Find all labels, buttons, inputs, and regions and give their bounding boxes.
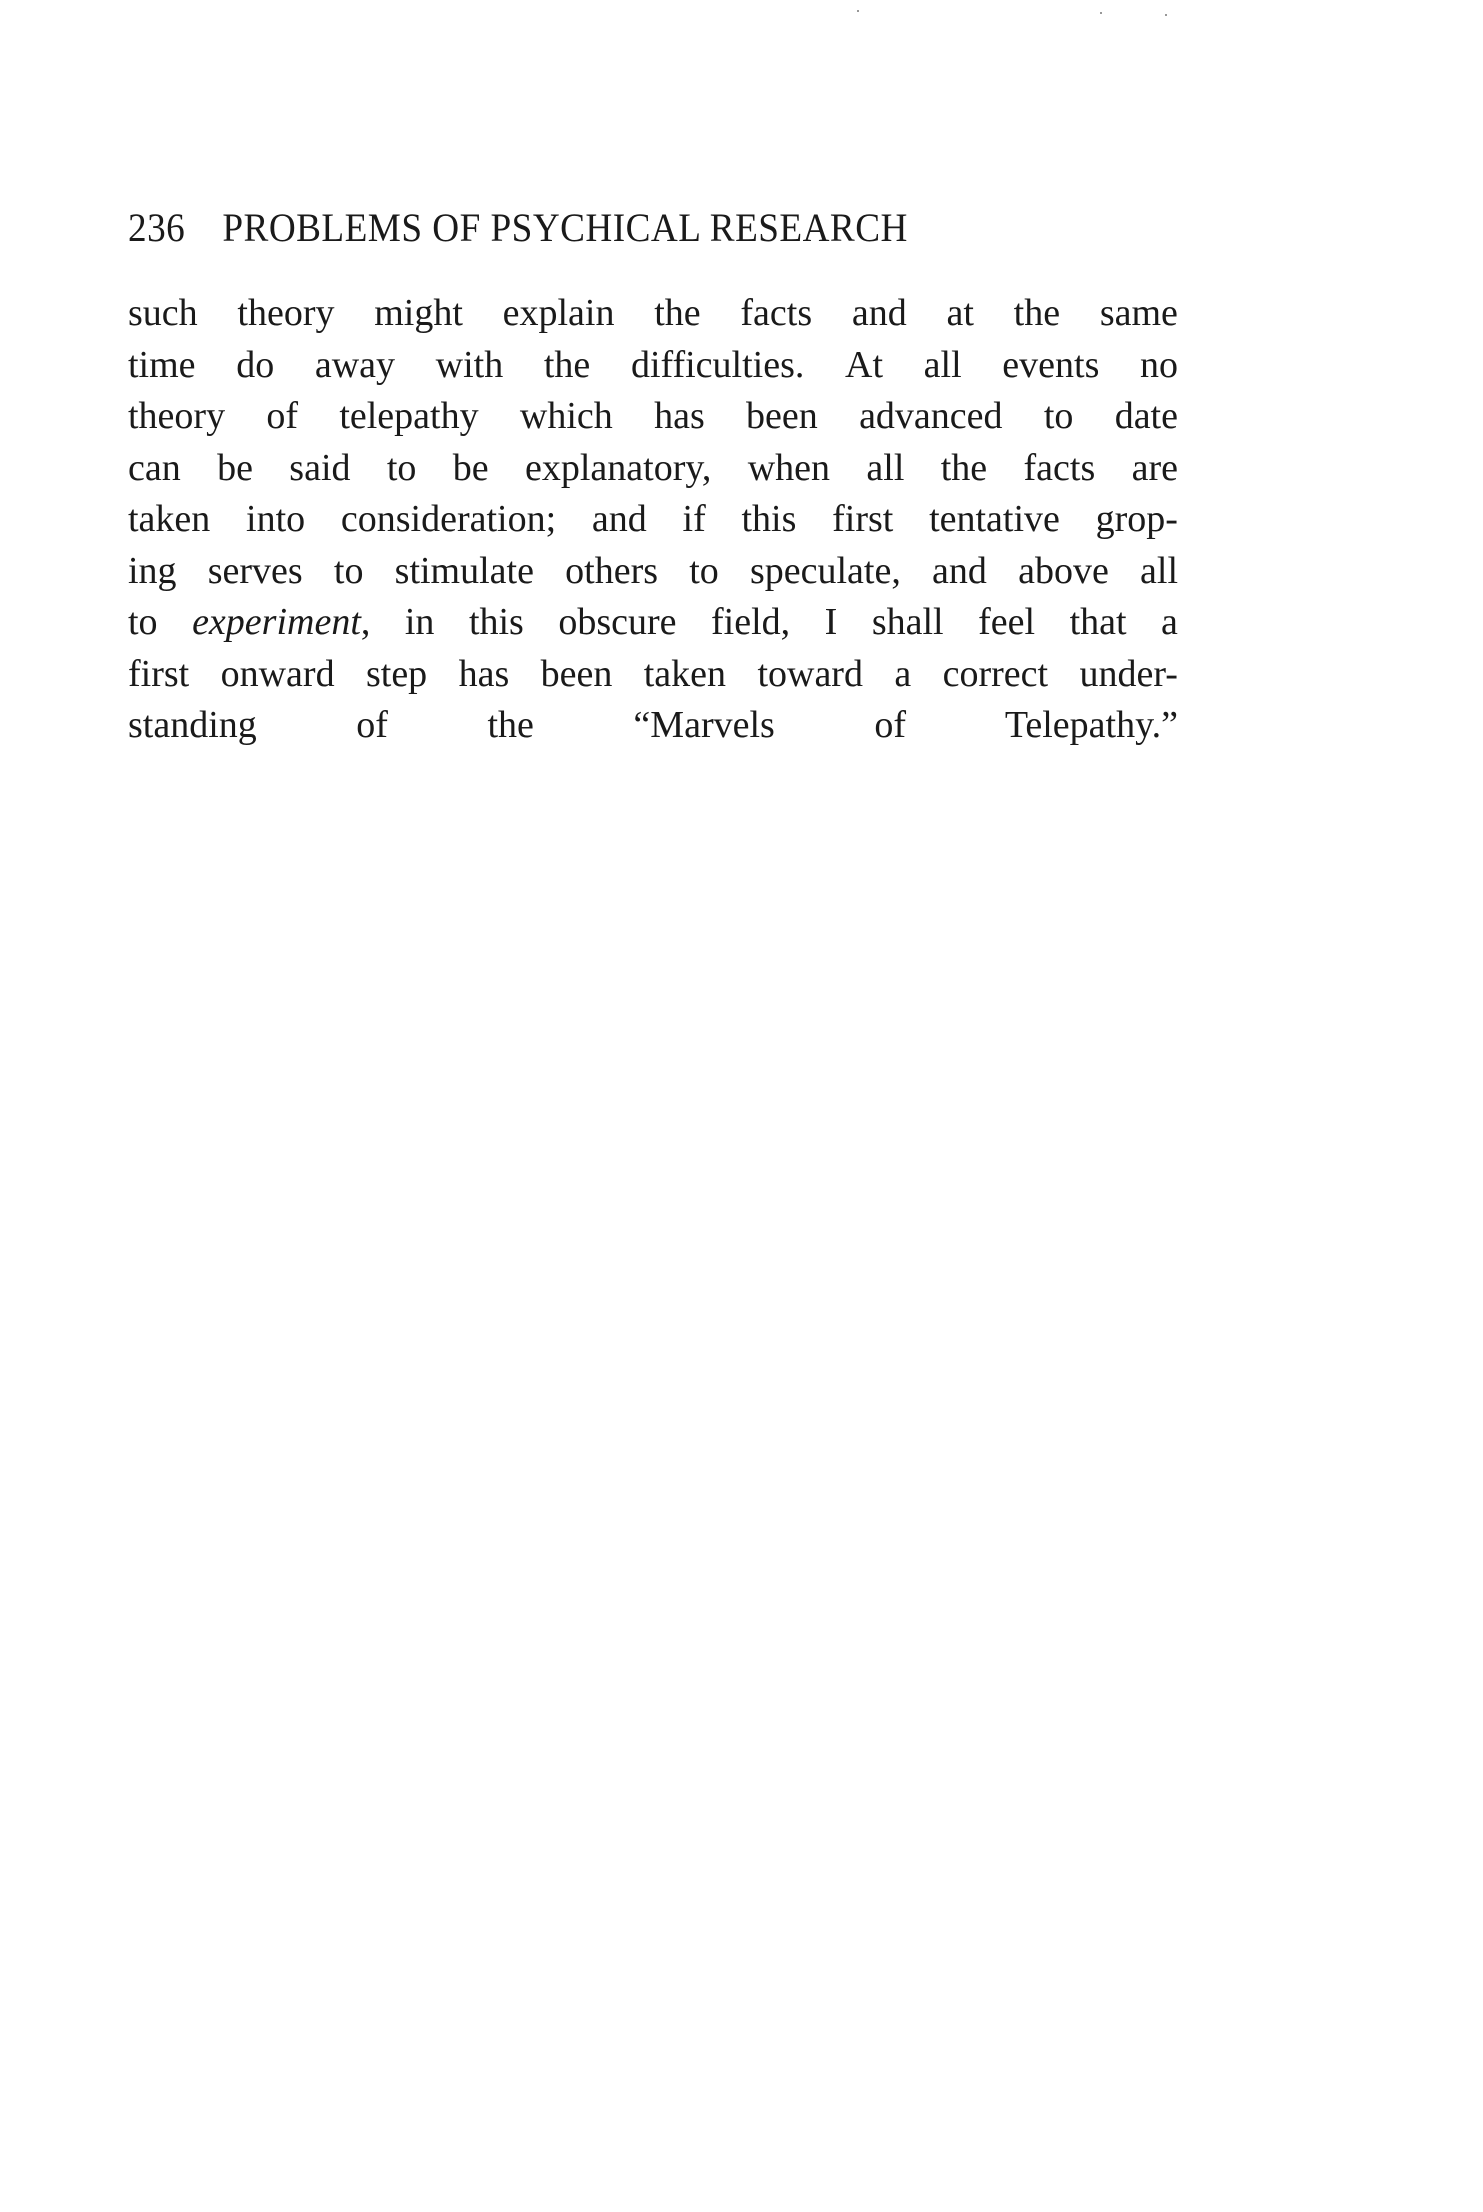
word: at — [946, 288, 973, 340]
word: that — [1070, 597, 1127, 649]
word: can — [128, 443, 181, 495]
word: if — [683, 494, 706, 546]
word: facts — [740, 288, 812, 340]
scan-speck — [857, 10, 859, 12]
word: to — [689, 546, 719, 598]
book-page: 236PROBLEMS OF PSYCHICAL RESEARCH suchth… — [0, 0, 1483, 2212]
word: same — [1100, 288, 1178, 340]
word: explanatory, — [525, 443, 711, 495]
text-line: firstonwardstephasbeentakentowardacorrec… — [128, 649, 1178, 701]
word: to — [387, 443, 417, 495]
word: of — [356, 704, 388, 746]
scan-speck — [1165, 14, 1167, 16]
word: advanced — [859, 391, 1002, 443]
word: into — [246, 494, 305, 546]
word: of — [874, 704, 906, 746]
word: taken — [128, 494, 210, 546]
word: shall — [872, 597, 944, 649]
word: above — [1018, 546, 1109, 598]
word: theory — [237, 288, 334, 340]
word: onward — [221, 649, 335, 701]
word: this — [741, 494, 796, 546]
scan-speck — [1100, 12, 1102, 14]
word: Telepathy.” — [1005, 704, 1178, 746]
word: all — [1140, 546, 1178, 598]
text-line: standing of the “Marvels of Telepathy.” — [128, 700, 1178, 752]
word: be — [453, 443, 489, 495]
word: “Marvels — [633, 704, 774, 746]
word: date — [1115, 391, 1178, 443]
word: be — [217, 443, 253, 495]
running-title: PROBLEMS OF PSYCHICAL RESEARCH — [222, 205, 907, 250]
word: which — [520, 391, 613, 443]
word: ing — [128, 546, 177, 598]
word: the — [941, 443, 987, 495]
text-line: timedoawaywiththedifficulties.Atallevent… — [128, 340, 1178, 392]
word: consideration; — [341, 494, 556, 546]
word: under- — [1079, 649, 1177, 701]
text-line: ingservestostimulateotherstospeculate,an… — [128, 546, 1178, 598]
word: step — [366, 649, 427, 701]
word: this — [469, 597, 524, 649]
word: said — [289, 443, 350, 495]
word: experiment, — [192, 597, 370, 649]
word: and — [852, 288, 907, 340]
word: a — [1161, 597, 1178, 649]
word: first — [832, 494, 893, 546]
word: has — [654, 391, 705, 443]
word: might — [374, 288, 463, 340]
word: to — [334, 546, 364, 598]
body-paragraph: suchtheorymightexplainthefactsandatthesa… — [128, 288, 1178, 752]
word: do — [236, 340, 274, 392]
word: away — [315, 340, 395, 392]
word: field, — [711, 597, 790, 649]
word: obscure — [558, 597, 676, 649]
word: standing — [128, 704, 257, 746]
word: the — [654, 288, 700, 340]
page-number: 236 — [128, 204, 185, 251]
word: to — [1044, 391, 1074, 443]
word: time — [128, 340, 196, 392]
word: others — [565, 546, 658, 598]
running-header: 236PROBLEMS OF PSYCHICAL RESEARCH — [128, 204, 1106, 251]
word: a — [894, 649, 911, 701]
word: in — [405, 597, 435, 649]
text-line: toexperiment,inthisobscurefield,Ishallfe… — [128, 597, 1178, 649]
word: first — [128, 649, 189, 701]
word: serves — [208, 546, 303, 598]
word: I — [825, 597, 838, 649]
word: tentative — [929, 494, 1060, 546]
word: to — [128, 597, 158, 649]
word: of — [266, 391, 298, 443]
word: no — [1140, 340, 1178, 392]
word: all — [866, 443, 904, 495]
word: theory — [128, 391, 225, 443]
word: and — [592, 494, 647, 546]
word: with — [436, 340, 504, 392]
word: speculate, — [750, 546, 901, 598]
word: telepathy — [339, 391, 478, 443]
word: feel — [978, 597, 1035, 649]
text-line: suchtheorymightexplainthefactsandatthesa… — [128, 288, 1178, 340]
word: has — [459, 649, 510, 701]
word: all — [924, 340, 962, 392]
word: explain — [503, 288, 615, 340]
word: and — [932, 546, 987, 598]
word: events — [1002, 340, 1099, 392]
word: the — [487, 704, 533, 746]
text-line: theoryoftelepathywhichhasbeenadvancedtod… — [128, 391, 1178, 443]
word: been — [541, 649, 613, 701]
word: facts — [1024, 443, 1096, 495]
word: At — [845, 340, 883, 392]
word: taken — [644, 649, 726, 701]
text-line: canbesaidtobeexplanatory,whenallthefacts… — [128, 443, 1178, 495]
word: been — [746, 391, 818, 443]
word: are — [1132, 443, 1178, 495]
word: stimulate — [395, 546, 534, 598]
text-line: takenintoconsideration;andifthisfirstten… — [128, 494, 1178, 546]
word: correct — [943, 649, 1048, 701]
word: toward — [757, 649, 863, 701]
word: when — [748, 443, 830, 495]
word: the — [544, 340, 590, 392]
word: grop- — [1096, 494, 1178, 546]
word: such — [128, 288, 198, 340]
word: difficulties. — [631, 340, 804, 392]
word: the — [1014, 288, 1060, 340]
